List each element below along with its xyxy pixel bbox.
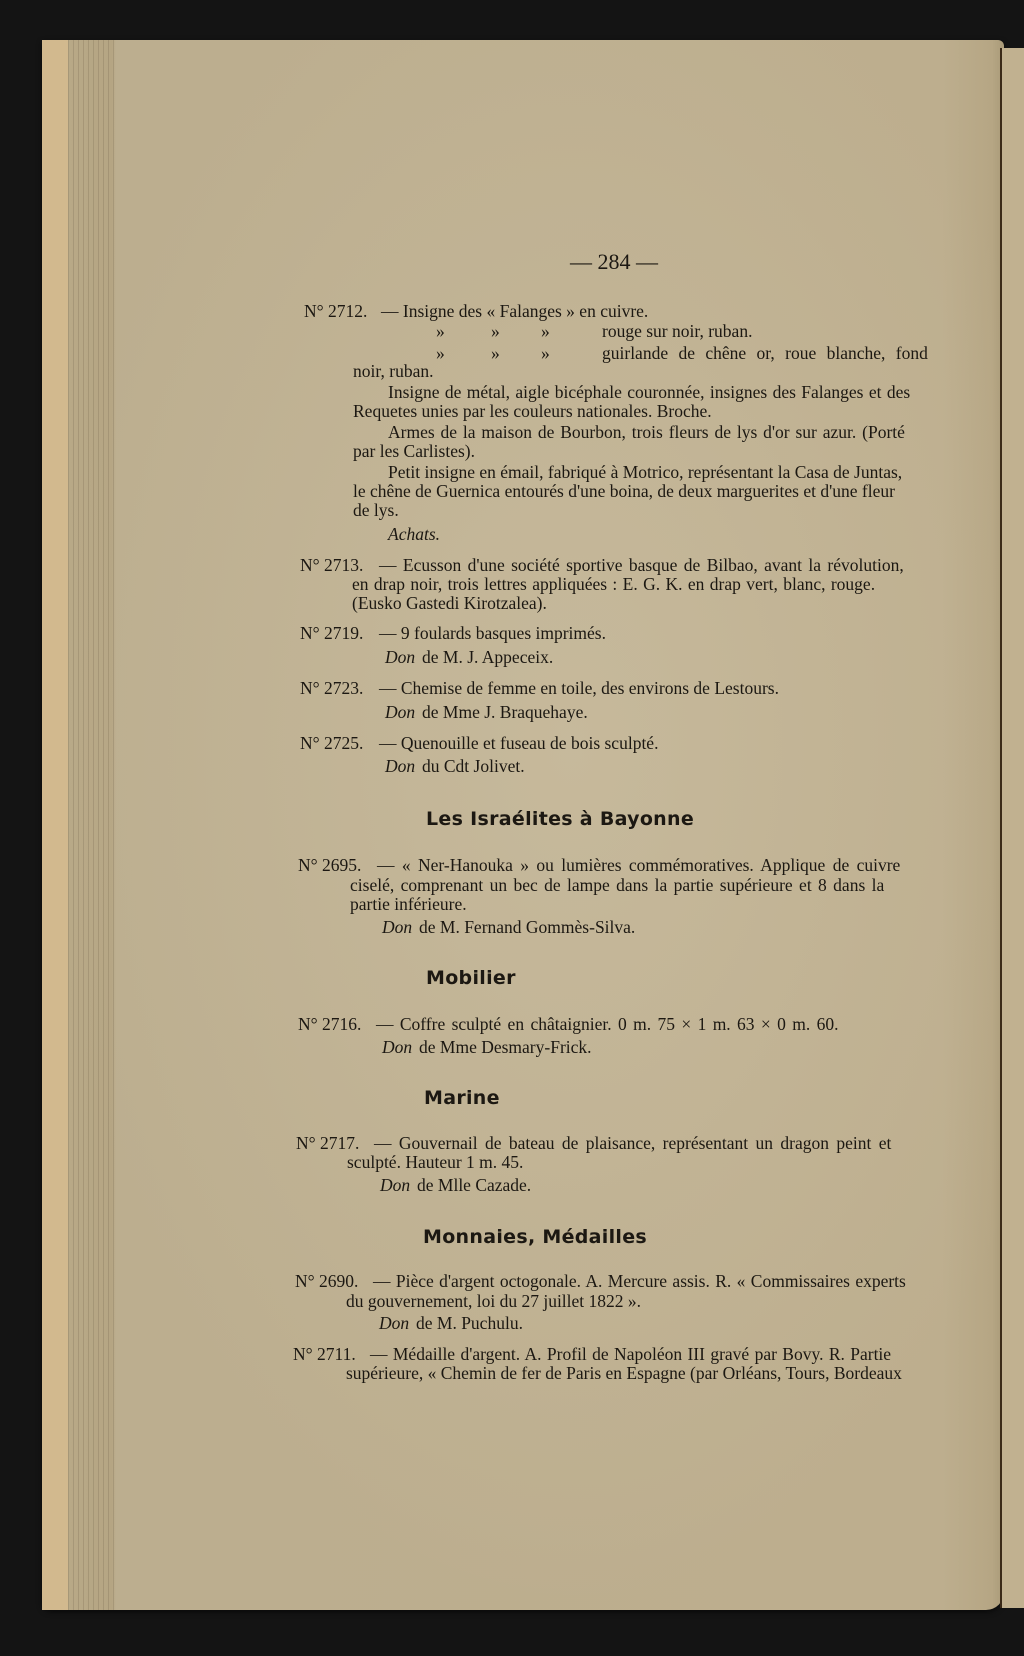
don-text: de Mlle Cazade.	[417, 1176, 531, 1195]
entry-number: N° 2716.	[298, 1015, 361, 1034]
facing-page-edge	[1000, 48, 1024, 1608]
don-label: Don	[380, 1176, 410, 1195]
entry-text: — Gouvernail de bateau de plaisance, rep…	[374, 1134, 891, 1153]
entry-text: — Ecusson d'une société sportive basque …	[379, 556, 904, 575]
entry-text: le chêne de Guernica entourés d'une boin…	[353, 482, 895, 501]
entry-text: noir, ruban.	[353, 362, 433, 381]
entry-number: N° 2717.	[296, 1134, 359, 1153]
entry-origin: Achats.	[388, 525, 440, 544]
entry-number: N° 2712.	[304, 302, 367, 321]
entry-text: — 9 foulards basques imprimés.	[379, 624, 606, 643]
entry-text: — Quenouille et fuseau de bois sculpté.	[379, 734, 658, 753]
page-number: — 284 —	[570, 250, 658, 274]
don-label: Don	[385, 648, 415, 667]
entry-text: (Eusko Gastedi Kirotzalea).	[352, 594, 547, 613]
don-label: Don	[382, 918, 412, 937]
don-text: de M. J. Appeceix.	[422, 648, 553, 667]
entry-text: Requetes unies par les couleurs national…	[353, 402, 712, 421]
entry-text: par les Carlistes).	[353, 442, 475, 461]
entry-number: N° 2719.	[300, 624, 363, 643]
entry-text: — Médaille d'argent. A. Profil de Napolé…	[370, 1345, 891, 1364]
ditto-mark: »	[541, 344, 550, 363]
entry-number: N° 2711.	[293, 1345, 356, 1364]
entry-text: partie inférieure.	[350, 895, 467, 914]
section-heading: Marine	[424, 1087, 500, 1109]
entry-text: guirlande de chêne or, roue blanche, fon…	[602, 344, 950, 363]
entry-text: — Coffre sculpté en châtaignier. 0 m. 75…	[376, 1015, 839, 1034]
entry-text: — Insigne des « Falanges » en cuivre.	[381, 302, 648, 321]
entry-text: — « Ner-Hanouka » ou lumières commémorat…	[377, 856, 900, 875]
ditto-mark: »	[436, 322, 445, 341]
don-text: du Cdt Jolivet.	[422, 757, 525, 776]
entry-text: supérieure, « Chemin de fer de Paris en …	[346, 1364, 902, 1383]
entry-text: — Pièce d'argent octogonale. A. Mercure …	[373, 1272, 906, 1291]
don-text: de M. Puchulu.	[416, 1314, 523, 1333]
don-label: Don	[382, 1038, 412, 1057]
page-stack-lines	[68, 40, 116, 1610]
don-text: de M. Fernand Gommès-Silva.	[419, 918, 635, 937]
ditto-mark: »	[541, 322, 550, 341]
entry-number: N° 2723.	[300, 679, 363, 698]
don-label: Don	[385, 757, 415, 776]
entry-text: en drap noir, trois lettres appliquées :…	[352, 575, 875, 594]
entry-text: de lys.	[353, 501, 399, 520]
entry-text: Petit insigne en émail, fabriqué à Motri…	[388, 463, 902, 482]
don-text: de Mme Desmary-Frick.	[419, 1038, 592, 1057]
entry-text: rouge sur noir, ruban.	[602, 322, 752, 341]
don-label: Don	[379, 1314, 409, 1333]
entry-text: Insigne de métal, aigle bicéphale couron…	[388, 383, 910, 402]
entry-text: ciselé, comprenant un bec de lampe dans …	[350, 876, 884, 895]
entry-text: sculpté. Hauteur 1 m. 45.	[347, 1153, 523, 1172]
section-heading: Les Israélites à Bayonne	[426, 808, 694, 830]
section-heading: Monnaies, Médailles	[423, 1226, 647, 1248]
page-edge	[42, 40, 68, 1610]
ditto-mark: »	[436, 344, 445, 363]
entry-number: N° 2725.	[300, 734, 363, 753]
entry-text: Armes de la maison de Bourbon, trois fle…	[388, 423, 905, 442]
entry-number: N° 2713.	[300, 556, 363, 575]
don-text: de Mme J. Braquehaye.	[422, 703, 588, 722]
section-heading: Mobilier	[426, 967, 516, 989]
don-label: Don	[385, 703, 415, 722]
ditto-mark: »	[491, 322, 500, 341]
entry-text: du gouvernement, loi du 27 juillet 1822 …	[346, 1292, 641, 1311]
entry-number: N° 2695.	[298, 856, 361, 875]
entry-text: — Chemise de femme en toile, des environ…	[379, 679, 779, 698]
ditto-mark: »	[491, 344, 500, 363]
entry-number: N° 2690.	[295, 1272, 358, 1291]
